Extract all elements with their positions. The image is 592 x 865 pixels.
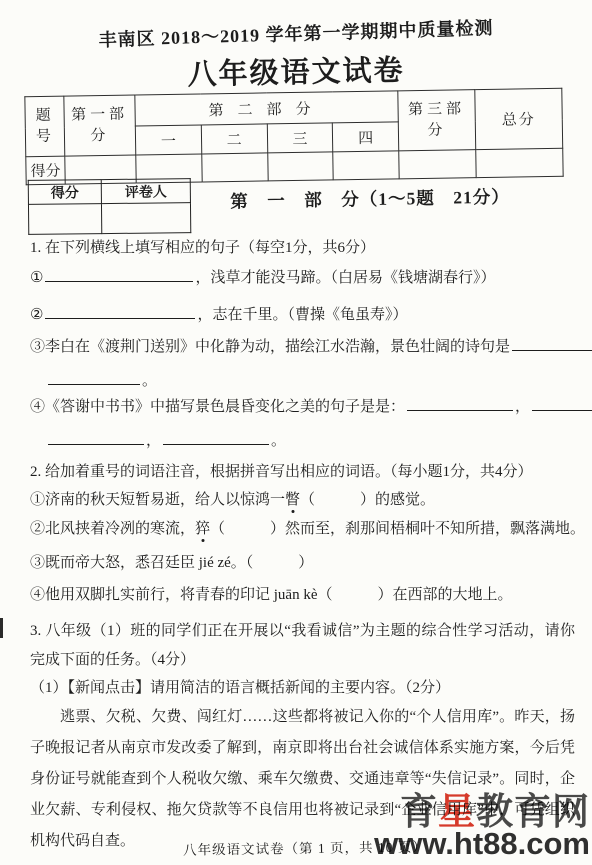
period: 。 [142, 373, 157, 389]
answer-blank [407, 397, 513, 411]
q1-item-4-continued: ，。 [46, 431, 286, 451]
score-col-part3: 第三部分 [398, 90, 476, 151]
emphasized-char: 瞥 [285, 490, 300, 510]
q1-item-4: ④《答谢中书书》中描写景色晨昏变化之美的句子是是：，； [30, 397, 592, 417]
period: 。 [271, 433, 286, 449]
scanned-exam-page: 丰南区 2018～2019 学年第一学期期中质量检测 八年级语文试卷 题号 第一… [0, 0, 592, 865]
q1-item-1-text: ，浅草才能没马蹄。（白居易《钱塘湖春行》） [195, 270, 495, 286]
emphasized-char: 猝 [195, 519, 210, 539]
score-subcol-2: 二 [201, 124, 267, 154]
score-cell-sub3 [267, 152, 333, 181]
section-one-heading: 第 一 部 分（1～5题 21分） [170, 183, 570, 215]
q1-item-4-text: ④《答谢中书书》中描写景色晨昏变化之美的句子是是： [30, 399, 405, 415]
score-cell-sub4 [333, 151, 399, 180]
comma: ， [146, 433, 161, 449]
q1-item-3: ③李白在《渡荆门送别》中化静为动，描绘江水浩瀚，景色壮阔的诗句是， [30, 337, 592, 357]
answer-blank [45, 305, 195, 319]
q1-item-1: ①，浅草才能没马蹄。（白居易《钱塘湖春行》） [30, 268, 495, 288]
score-cell-part3 [399, 150, 476, 179]
scan-edge-artifact [0, 618, 3, 638]
q2-item-4: ④他用双脚扎实前行，将青春的印记 juān kè（ ）在西部的大地上。 [30, 585, 513, 605]
q3-stem: 3. 八年级（1）班的同学们正在开展以“我看诚信”为主题的综合性学习活动，请你完… [30, 617, 575, 675]
score-col-part1: 第一部分 [64, 95, 136, 156]
q1-item-1-number: ① [30, 270, 43, 286]
score-subcol-4: 四 [333, 122, 399, 152]
score-cell-sub2 [202, 153, 268, 182]
score-subcol-1: 一 [135, 125, 201, 155]
score-cell-total [476, 148, 563, 177]
answer-blank [163, 431, 269, 445]
q2-item-1-post: （ ）的感觉。 [300, 492, 435, 508]
score-summary-table: 题号 第一部分 第二部分 第三部分 总分 一 二 三 四 得分 [24, 88, 563, 185]
q2-item-2-pre: ②北风挟着冷冽的寒流， [30, 521, 195, 537]
answer-blank [48, 371, 140, 385]
q1-item-2-number: ② [30, 307, 43, 323]
q2-item-2-post: （ ）然而至，刹那间梧桐叶不知所措，飘落满地。 [210, 521, 585, 537]
q3-subtask-1: （1）【新闻点击】请用简洁的语言概括新闻的主要内容。（2分） [30, 678, 450, 698]
q1-stem: 1. 在下列横线上填写相应的句子（每空1分，共6分） [30, 238, 375, 258]
score-subcol-3: 三 [267, 123, 333, 153]
grader-box-score-label: 得分 [28, 180, 101, 205]
answer-blank [48, 431, 144, 445]
comma: ， [515, 399, 530, 415]
q2-item-1: ①济南的秋天短暂易逝，给人以惊鸿一瞥（ ）的感觉。 [30, 490, 435, 510]
q1-item-3-text: ③李白在《渡荆门送别》中化静为动，描绘江水浩瀚，景色壮阔的诗句是 [30, 339, 510, 355]
answer-blank [512, 337, 592, 351]
q1-item-3-continued: 。 [46, 371, 157, 391]
grader-box-score-cell [28, 204, 101, 235]
q2-item-1-pre: ①济南的秋天短暂易逝，给人以惊鸿一 [30, 492, 285, 508]
q1-item-2: ②，志在千里。（曹操《龟虽寿》） [30, 305, 407, 325]
publisher-watermark: 育星教育网 www.ht88.com [374, 794, 590, 859]
q1-item-2-text: ，志在千里。（曹操《龟虽寿》） [197, 307, 407, 323]
answer-blank [45, 268, 193, 282]
score-col-part2: 第二部分 [135, 91, 398, 126]
watermark-url: www.ht88.com [374, 828, 590, 859]
q2-item-3: ③既而帝大怒，悉召廷臣 jié zé。（ ） [30, 553, 313, 573]
q2-stem: 2. 给加着重号的词语注音，根据拼音写出相应的词语。（每小题1分，共4分） [30, 462, 533, 482]
q2-item-2: ②北风挟着冷冽的寒流，猝（ ）然而至，刹那间梧桐叶不知所措，飘落满地。 [30, 519, 585, 539]
score-col-question-number: 题号 [25, 96, 65, 157]
grader-score-box: 得分 评卷人 [28, 178, 192, 235]
answer-blank [532, 397, 592, 411]
score-col-total: 总分 [475, 88, 563, 149]
